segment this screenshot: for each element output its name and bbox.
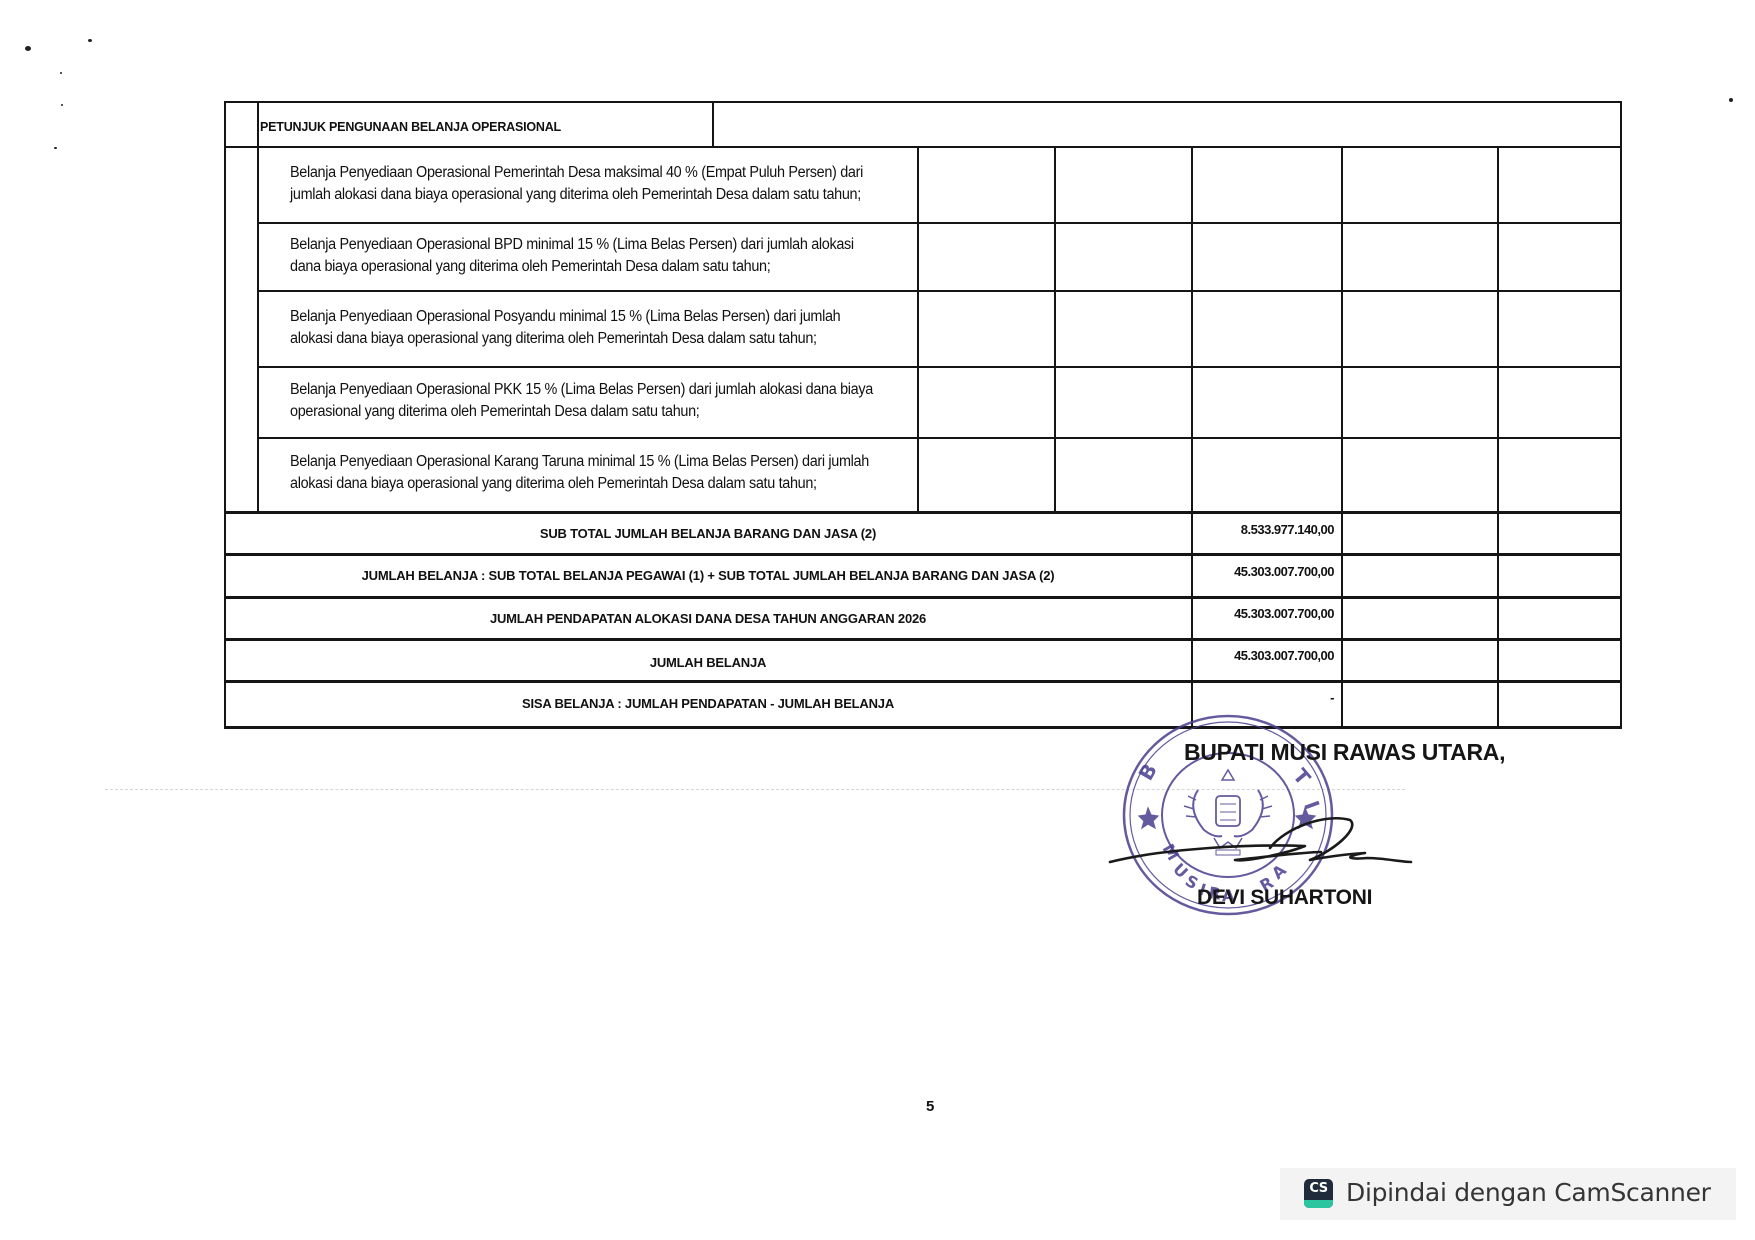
signatory-name: DEVI SUHARTONI (1197, 886, 1372, 910)
camscanner-text: Dipindai dengan CamScanner (1346, 1178, 1711, 1207)
column-divider (1054, 146, 1056, 511)
summary-label-sisa: SISA BELANJA : JUMLAH PENDAPATAN - JUMLA… (226, 696, 1190, 711)
guideline-line: Belanja Penyediaan Operasional PKK 15 % … (290, 379, 873, 401)
scan-speck (88, 39, 92, 42)
table-border (224, 101, 1622, 103)
table-border (712, 101, 714, 146)
svg-text:B: B (1134, 759, 1162, 784)
guideline-line: jumlah alokasi dana biaya operasional ya… (290, 184, 863, 206)
row-divider (224, 638, 1622, 641)
guideline-line: dana biaya operasional yang diterima ole… (290, 256, 854, 278)
row-divider (257, 290, 1622, 292)
section-header: PETUNJUK PENGUNAAN BELANJA OPERASIONAL (260, 120, 561, 134)
guideline-line: Belanja Penyediaan Operasional Pemerinta… (290, 162, 863, 184)
summary-value-total-belanja-formula: 45.303.007.700,00 (1194, 564, 1334, 579)
summary-value-subtotal: 8.533.977.140,00 (1194, 522, 1334, 537)
table-border (1620, 101, 1622, 727)
row-divider (224, 511, 1622, 514)
table-border (224, 101, 226, 727)
logo-accent (1304, 1200, 1333, 1208)
scan-speck (61, 104, 63, 106)
summary-label-pendapatan: JUMLAH PENDAPATAN ALOKASI DANA DESA TAHU… (226, 611, 1190, 626)
column-divider (917, 146, 919, 511)
scan-speck (60, 72, 62, 74)
table-border (257, 101, 259, 512)
summary-label-total-belanja-formula: JUMLAH BELANJA : SUB TOTAL BELANJA PEGAW… (226, 568, 1190, 583)
guideline-line: operasional yang diterima oleh Pemerinta… (290, 401, 873, 423)
logo-text: CS (1304, 1181, 1333, 1196)
signatory-title: BUPATI MUSI RAWAS UTARA, (1184, 739, 1505, 766)
guideline-line: Belanja Penyediaan Operasional Karang Ta… (290, 451, 869, 473)
row-divider (224, 553, 1622, 556)
row-divider (224, 680, 1622, 683)
row-divider (224, 596, 1622, 599)
scan-speck (1729, 98, 1733, 102)
page-number: 5 (926, 1098, 934, 1115)
guideline-line: alokasi dana biaya operasional yang dite… (290, 328, 840, 350)
camscanner-logo-icon: CS (1304, 1179, 1333, 1208)
guideline-3: Belanja Penyediaan Operasional Posyandu … (290, 306, 840, 350)
row-divider (224, 146, 1622, 148)
guideline-2: Belanja Penyediaan Operasional BPD minim… (290, 234, 854, 278)
guideline-line: Belanja Penyediaan Operasional BPD minim… (290, 234, 854, 256)
summary-value-sisa: - (1194, 690, 1334, 705)
row-divider (257, 222, 1622, 224)
guideline-4: Belanja Penyediaan Operasional PKK 15 % … (290, 379, 873, 423)
camscanner-banner: CS Dipindai dengan CamScanner (1280, 1168, 1736, 1220)
guideline-line: Belanja Penyediaan Operasional Posyandu … (290, 306, 840, 328)
signature-icon (1105, 808, 1415, 878)
guideline-line: alokasi dana biaya operasional yang dite… (290, 473, 869, 495)
summary-label-subtotal: SUB TOTAL JUMLAH BELANJA BARANG DAN JASA… (226, 526, 1190, 541)
summary-value-jumlah-belanja: 45.303.007.700,00 (1194, 648, 1334, 663)
table-border (224, 726, 1622, 729)
guideline-1: Belanja Penyediaan Operasional Pemerinta… (290, 162, 863, 206)
row-divider (257, 366, 1622, 368)
svg-text:T: T (1288, 764, 1315, 790)
scan-speck (25, 46, 31, 51)
guideline-5: Belanja Penyediaan Operasional Karang Ta… (290, 451, 869, 495)
scan-speck (54, 147, 57, 149)
summary-label-jumlah-belanja: JUMLAH BELANJA (226, 655, 1190, 670)
row-divider (257, 437, 1622, 439)
summary-value-pendapatan: 45.303.007.700,00 (1194, 606, 1334, 621)
